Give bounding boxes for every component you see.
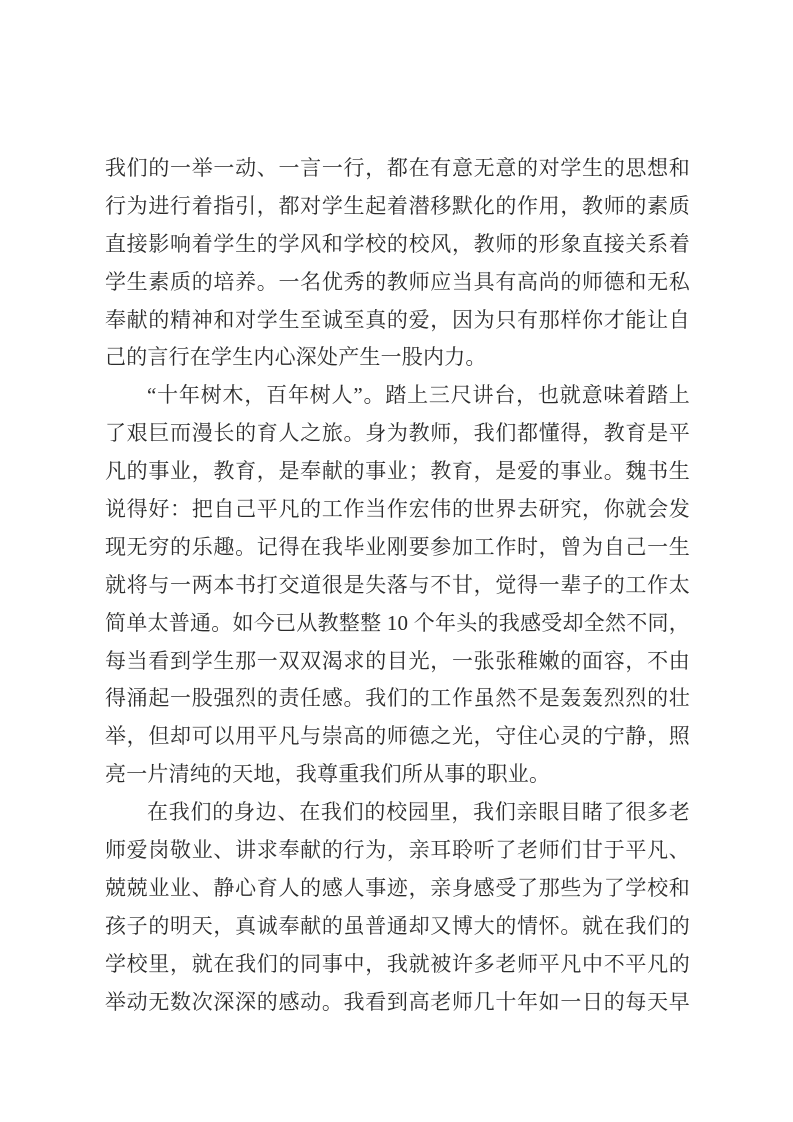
text-line: 行为进行着指引，都对学生起着潜移默化的作用，教师的素质 [105, 188, 690, 226]
text-line: 亮一片清纯的天地，我尊重我们所从事的职业。 [105, 756, 690, 794]
document-page: 我们的一举一动、一言一行，都在有意无意的对学生的思想和行为进行着指引，都对学生起… [0, 0, 793, 1122]
text-line: 己的言行在学生内心深处产生一股内力。 [105, 339, 690, 377]
text-line: 凡的事业，教育，是奉献的事业；教育，是爱的事业。魏书生 [105, 453, 690, 491]
text-line: 学校里，就在我们的同事中，我就被许多老师平凡中不平凡的 [105, 946, 690, 984]
text-line: 我们的一举一动、一言一行，都在有意无意的对学生的思想和 [105, 150, 690, 188]
paragraph: 在我们的身边、在我们的校园里，我们亲眼目睹了很多老师爱岗敬业、讲求奉献的行为，亲… [105, 794, 690, 1021]
text-line: “十年树木，百年树人”。踏上三尺讲台，也就意味着踏上 [105, 377, 690, 415]
text-line: 就将与一两本书打交道很是失落与不甘，觉得一辈子的工作太 [105, 567, 690, 605]
document-text-block: 我们的一举一动、一言一行，都在有意无意的对学生的思想和行为进行着指引，都对学生起… [105, 150, 690, 1021]
paragraph: 我们的一举一动、一言一行，都在有意无意的对学生的思想和行为进行着指引，都对学生起… [105, 150, 690, 377]
text-line: 在我们的身边、在我们的校园里，我们亲眼目睹了很多老 [105, 794, 690, 832]
text-line: 每当看到学生那一双双渴求的目光，一张张稚嫩的面容，不由 [105, 643, 690, 681]
text-line: 简单太普通。如今已从教整整 10 个年头的我感受却全然不同， [105, 605, 690, 643]
text-line: 说得好：把自己平凡的工作当作宏伟的世界去研究，你就会发 [105, 491, 690, 529]
text-line: 学生素质的培养。一名优秀的教师应当具有高尚的师德和无私 [105, 264, 690, 302]
text-line: 得涌起一股强烈的责任感。我们的工作虽然不是轰轰烈烈的壮 [105, 680, 690, 718]
text-line: 师爱岗敬业、讲求奉献的行为，亲耳聆听了老师们甘于平凡、 [105, 832, 690, 870]
text-line: 奉献的精神和对学生至诚至真的爱，因为只有那样你才能让自 [105, 302, 690, 340]
text-line: 举，但却可以用平凡与崇高的师德之光，守住心灵的宁静，照 [105, 718, 690, 756]
text-line: 孩子的明天，真诚奉献的虽普通却又博大的情怀。就在我们的 [105, 908, 690, 946]
paragraph: “十年树木，百年树人”。踏上三尺讲台，也就意味着踏上了艰巨而漫长的育人之旅。身为… [105, 377, 690, 794]
text-line: 了艰巨而漫长的育人之旅。身为教师，我们都懂得，教育是平 [105, 415, 690, 453]
text-line: 举动无数次深深的感动。我看到高老师几十年如一日的每天早 [105, 984, 690, 1022]
text-line: 现无穷的乐趣。记得在我毕业刚要参加工作时，曾为自己一生 [105, 529, 690, 567]
text-line: 兢兢业业、静心育人的感人事迹，亲身感受了那些为了学校和 [105, 870, 690, 908]
text-line: 直接影响着学生的学风和学校的校风，教师的形象直接关系着 [105, 226, 690, 264]
